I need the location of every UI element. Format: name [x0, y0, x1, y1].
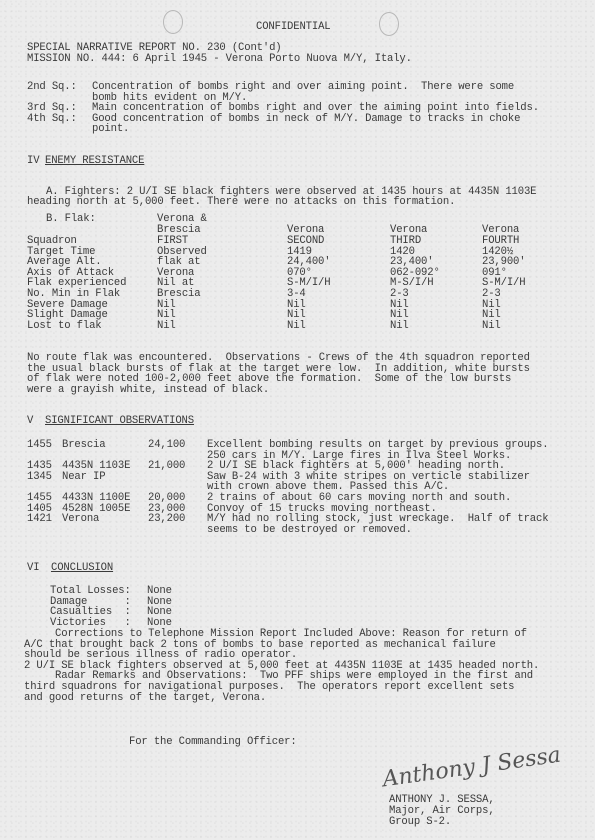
flak-cell: Nil — [157, 321, 176, 332]
flak-target-header: Verona — [287, 225, 324, 236]
flak-cell: SECOND — [287, 236, 324, 247]
flak-cell: FOURTH — [482, 236, 519, 247]
signatory-rank: Major, Air Corps, — [389, 806, 495, 817]
flak-row-label: No. Min in Flak — [27, 289, 120, 300]
flak-target-header: Verona — [390, 225, 427, 236]
flak-cell: Brescia — [157, 289, 200, 300]
section-v-heading: SIGNIFICANT OBSERVATIONS — [45, 416, 194, 427]
squadron-label: 2nd Sq.: — [27, 82, 77, 93]
flak-row-label: Squadron — [27, 236, 77, 247]
summary-label: Victories : — [50, 618, 131, 629]
summary-value: None — [147, 618, 172, 629]
observation-location: 4433N 1100E — [62, 493, 130, 504]
conclusion-line: third squadrons for navigational purpose… — [24, 682, 514, 693]
flak-label: B. Flak: — [46, 214, 96, 225]
handwritten-signature: Anthony J Sessa — [381, 743, 562, 793]
squadron-result-text: Good concentration of bombs in neck of M… — [92, 114, 520, 125]
fighters-text: heading north at 5,000 feet. There were … — [27, 197, 455, 208]
observation-time: 1455 — [27, 440, 52, 451]
flak-target-header: Brescia — [157, 225, 200, 236]
flak-cell: 2-3 — [482, 289, 501, 300]
observation-altitude: 24,100 — [148, 440, 185, 451]
flak-cell: 3-4 — [287, 289, 306, 300]
flak-target-header: Verona & — [157, 214, 207, 225]
mission-line: MISSION NO. 444: 6 April 1945 - Verona P… — [27, 54, 412, 65]
punch-hole — [379, 12, 399, 36]
section-iv-heading: ENEMY RESISTANCE — [45, 156, 144, 167]
observation-altitude: 21,000 — [148, 461, 185, 472]
report-title: SPECIAL NARRATIVE REPORT NO. 230 (Cont'd… — [27, 43, 282, 54]
signatory-name: ANTHONY J. SESSA, — [389, 795, 495, 806]
observation-location: Brescia — [62, 440, 105, 451]
classification-label: CONFIDENTIAL — [256, 22, 331, 33]
observation-altitude: 23,200 — [148, 514, 185, 525]
observation-time: 1421 — [27, 514, 52, 525]
flak-note-line: No route flak was encountered. Observati… — [27, 353, 530, 364]
squadron-result-text: Concentration of bombs right and over ai… — [92, 82, 514, 93]
flak-cell: Nil — [482, 321, 501, 332]
conclusion-line: Corrections to Telephone Mission Report … — [24, 629, 527, 640]
summary-label: Total Losses: — [50, 586, 131, 597]
flak-target-header: Verona — [482, 225, 519, 236]
document-page: CONFIDENTIAL SPECIAL NARRATIVE REPORT NO… — [0, 0, 595, 840]
signature-preamble: For the Commanding Officer: — [129, 737, 297, 748]
observation-altitude: 20,000 — [148, 493, 185, 504]
observation-text: Excellent bombing results on target by p… — [207, 440, 548, 451]
section-vi-number: VI — [27, 563, 39, 574]
signatory-title: Group S-2. — [389, 817, 451, 828]
section-iv-number: IV — [27, 156, 39, 167]
punch-hole — [163, 10, 183, 34]
squadron-label: 4th Sq.: — [27, 114, 77, 125]
observation-time: 1345 — [27, 472, 52, 483]
section-vi-heading: CONCLUSION — [51, 563, 113, 574]
observation-location: Verona — [62, 514, 99, 525]
flak-cell: Nil — [287, 321, 306, 332]
summary-value: None — [147, 586, 172, 597]
flak-cell: 2-3 — [390, 289, 409, 300]
section-v-number: V — [27, 416, 33, 427]
conclusion-line: and good returns of the target, Verona. — [24, 693, 266, 704]
squadron-result-text: point. — [92, 124, 129, 135]
observation-location: Near IP — [62, 472, 105, 483]
flak-cell: FIRST — [157, 236, 188, 247]
flak-cell: THIRD — [390, 236, 421, 247]
flak-row-label: Lost to flak — [27, 321, 102, 332]
observation-text: seems to be destroyed or removed. — [207, 525, 412, 536]
observation-time: 1455 — [27, 493, 52, 504]
flak-cell: Nil — [390, 321, 409, 332]
observation-text: 2 trains of about 60 cars moving north a… — [207, 493, 511, 504]
flak-note-line: were a grayish white, instead of black. — [27, 385, 269, 396]
